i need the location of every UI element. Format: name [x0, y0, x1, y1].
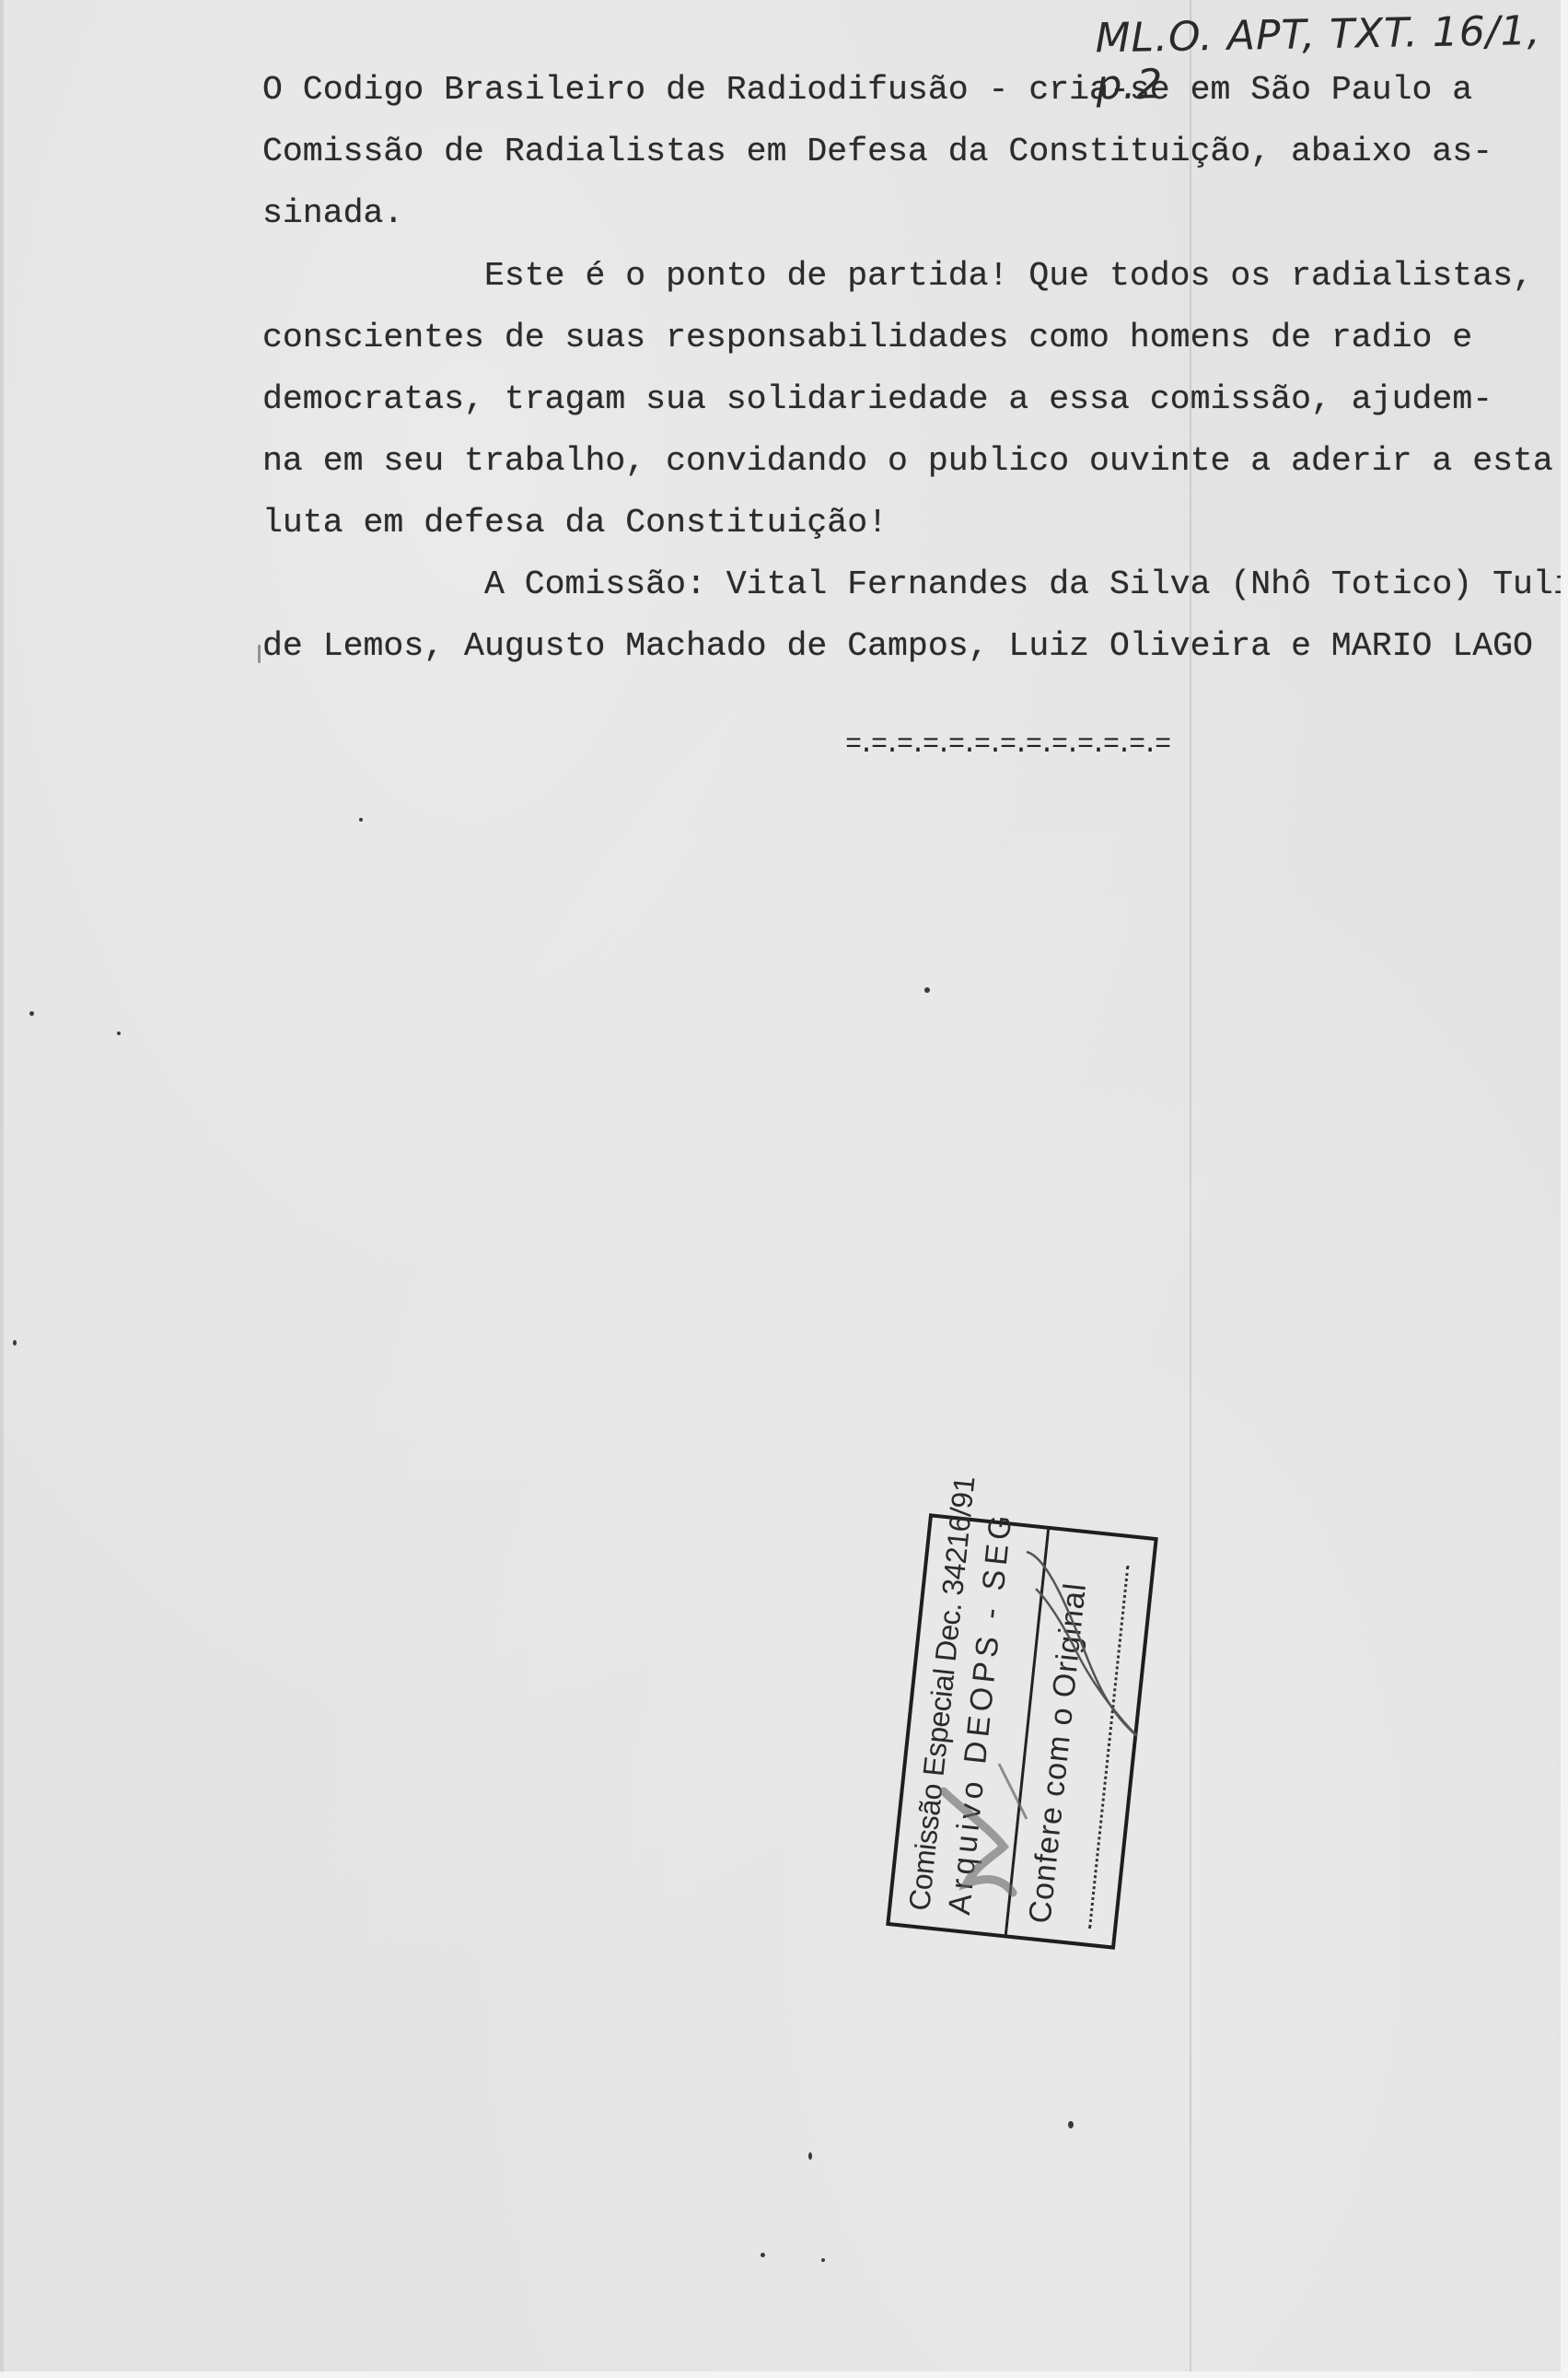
speck	[359, 818, 363, 822]
speck	[1068, 2121, 1074, 2128]
body-line: conscientes de suas responsabilidades co…	[262, 320, 1472, 356]
signatories-line: A Comissão: Vital Fernandes da Silva (Nh…	[262, 566, 1561, 603]
speck	[821, 2258, 825, 2262]
speck	[761, 2253, 765, 2257]
section-divider: =.=.=.=.=.=.=.=.=.=.=.=.=	[845, 729, 1167, 761]
stamp-signature-line	[1088, 1566, 1129, 1929]
speck	[13, 1340, 17, 1346]
scanned-page: ML.O. APT, TXT. 16/1, p.2 O Codigo Brasi…	[0, 0, 1561, 2372]
page-edge	[0, 0, 4, 2372]
body-line: na em seu trabalho, convidando o publico…	[262, 443, 1553, 480]
speck	[924, 987, 930, 993]
body-line: sinada.	[262, 195, 403, 232]
signatories-line: de Lemos, Augusto Machado de Campos, Lui…	[262, 628, 1561, 665]
body-line: luta em defesa da Constituição!	[262, 505, 888, 542]
speck	[258, 645, 261, 663]
speck	[808, 2152, 812, 2160]
speck	[117, 1032, 121, 1035]
body-line: democratas, tragam sua solidariedade a e…	[262, 381, 1493, 418]
body-line: O Codigo Brasileiro de Radiodifusão - cr…	[262, 72, 1472, 109]
stamp-box: Comissão Especial Dec. 34216/91 Arquivo …	[886, 1513, 1158, 1950]
archive-stamp: Comissão Especial Dec. 34216/91 Arquivo …	[889, 1515, 1156, 1948]
body-line: Este é o ponto de partida! Que todos os …	[262, 258, 1533, 295]
body-line: Comissão de Radialistas em Defesa da Con…	[262, 134, 1493, 170]
speck	[29, 1011, 34, 1016]
